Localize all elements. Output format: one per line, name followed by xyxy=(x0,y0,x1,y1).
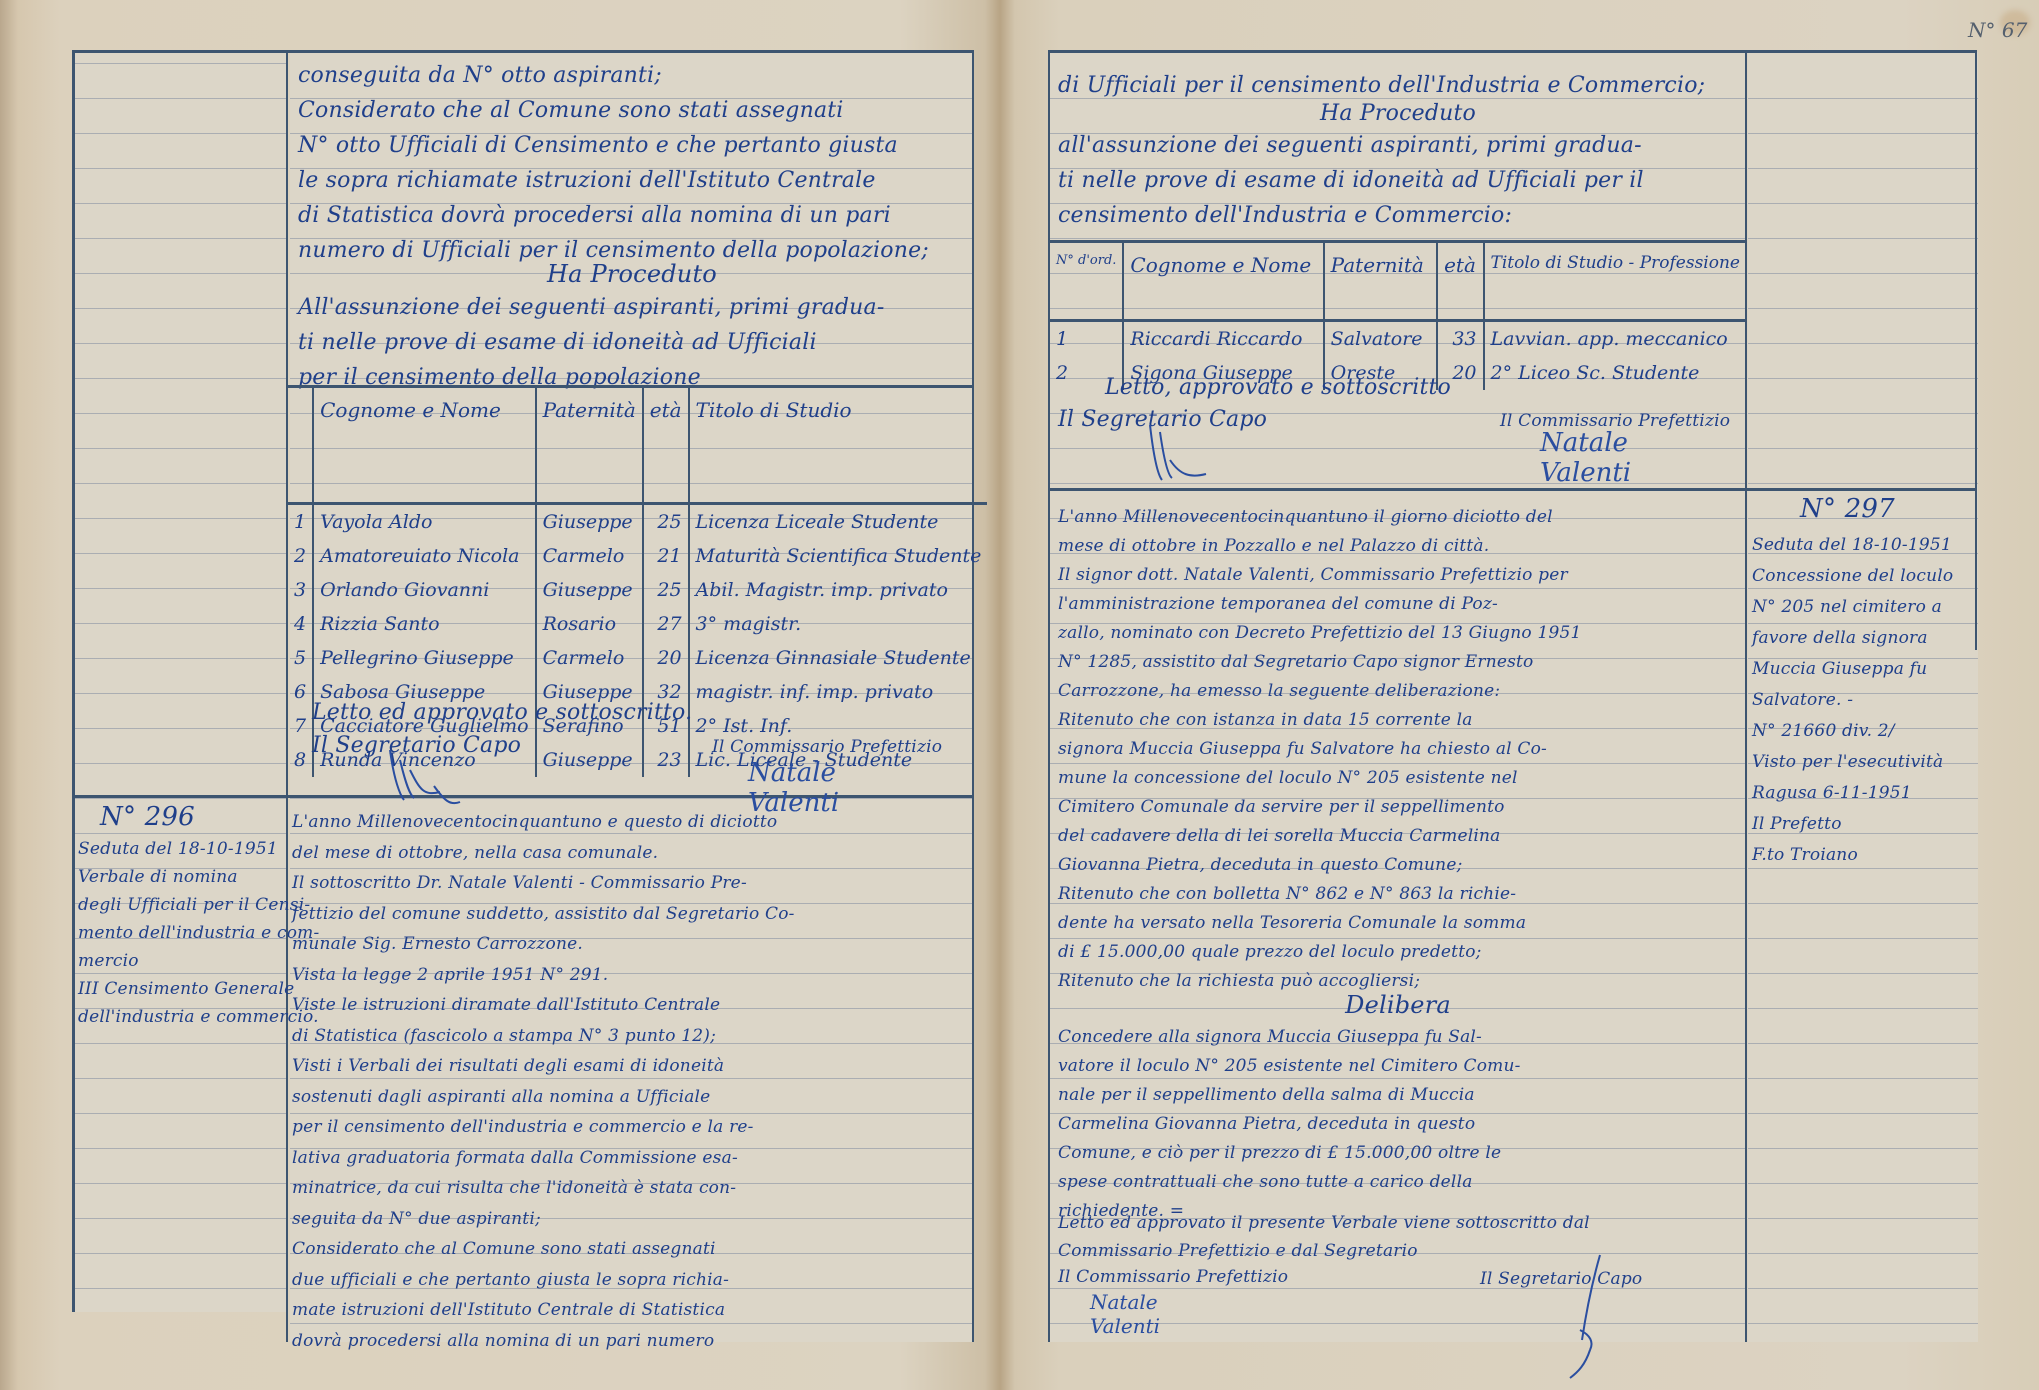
paternity-cell: Giuseppe xyxy=(536,504,643,540)
text-line: Ragusa 6-11-1951 xyxy=(1752,776,1912,811)
text-line: Salvatore. - xyxy=(1752,683,1853,718)
left-margin-column xyxy=(72,52,287,1312)
education-cell: Maturità Scientifica Studente xyxy=(689,539,988,573)
education-cell: Licenza Ginnasiale Studente xyxy=(689,641,988,675)
table-row: 3Orlando GiovanniGiuseppe25Abil. Magistr… xyxy=(288,573,987,607)
entry-number: N° 297 xyxy=(1800,492,1895,527)
signature-scribble-icon xyxy=(380,740,470,810)
text-line: N° otto Ufficiali di Censimento e che pe… xyxy=(298,128,898,163)
paternity-cell: Carmelo xyxy=(536,641,643,675)
row-number: 8 xyxy=(288,743,313,777)
row-number: 1 xyxy=(288,504,313,540)
text-line: le sopra richiamate istruzioni dell'Isti… xyxy=(298,163,876,198)
age-cell: 20 xyxy=(643,641,689,675)
text-line: ti nelle prove di esame di idoneità ad U… xyxy=(1058,163,1644,198)
age-cell: 25 xyxy=(643,573,689,607)
text-line: di Statistica dovrà procedersi alla nomi… xyxy=(298,198,891,233)
text-line: favore della signora xyxy=(1752,621,1928,656)
table-row: 1Vayola AldoGiuseppe25Licenza Liceale St… xyxy=(288,504,987,540)
page-number: N° 67 xyxy=(1968,18,2027,42)
name-cell: Vayola Aldo xyxy=(313,504,536,540)
name-cell: Riccardi Riccardo xyxy=(1123,321,1323,357)
section-heading: Ha Proceduto xyxy=(1050,96,1746,131)
top-rule xyxy=(72,50,974,53)
open-ledger-book: N° 67 conseguita da N° otto aspiranti; C… xyxy=(0,0,2039,1390)
row-number: 1 xyxy=(1050,321,1123,357)
row-number: 2 xyxy=(288,539,313,573)
row-number: 3 xyxy=(288,573,313,607)
text-line: all'assunzione dei seguenti aspiranti, p… xyxy=(1058,128,1642,163)
age-cell: 25 xyxy=(643,504,689,540)
table-header-row: N° d'ord. Cognome e Nome Paternità età T… xyxy=(1050,243,1746,321)
signature-scribble-icon xyxy=(1140,420,1220,490)
paternity-cell: Salvatore xyxy=(1324,321,1437,357)
name-cell: Amatoreuiato Nicola xyxy=(313,539,536,573)
paternity-cell: Carmelo xyxy=(536,539,643,573)
text-line: N° 21660 div. 2/ xyxy=(1752,714,1895,749)
table-row: 2Amatoreuiato NicolaCarmelo21Maturità Sc… xyxy=(288,539,987,573)
margin-right-rule xyxy=(1975,50,1977,650)
text-line: Seduta del 18-10-1951 xyxy=(1752,528,1952,563)
entry-number: N° 296 xyxy=(100,800,195,835)
name-cell: Pellegrino Giuseppe xyxy=(313,641,536,675)
text-line: Visto per l'esecutività xyxy=(1752,745,1943,780)
col-header-number: N° d'ord. xyxy=(1050,243,1123,321)
margin-summary-line: dell'industria e commercio. xyxy=(78,1000,319,1035)
col-header-name: Cognome e Nome xyxy=(1123,243,1323,321)
row-number: 6 xyxy=(288,675,313,709)
text-line: conseguita da N° otto aspiranti; xyxy=(298,58,662,93)
paternity-cell: Giuseppe xyxy=(536,743,643,777)
table-row: 1Riccardi RiccardoSalvatore33Lavvian. ap… xyxy=(1050,321,1746,357)
col-header-name: Cognome e Nome xyxy=(313,388,536,504)
text-line: N° 205 nel cimitero a xyxy=(1752,590,1942,625)
name-cell: Orlando Giovanni xyxy=(313,573,536,607)
education-cell: Lavvian. app. meccanico xyxy=(1484,321,1746,357)
name-cell: Rizzia Santo xyxy=(313,607,536,641)
col-header-age: età xyxy=(643,388,689,504)
col-header-number xyxy=(288,388,313,504)
signature-valenti: Natale Valenti xyxy=(1540,428,1631,488)
table-row: 5Pellegrino GiuseppeCarmelo20Licenza Gin… xyxy=(288,641,987,675)
col-header-paternity: Paternità xyxy=(536,388,643,504)
col-header-paternity: Paternità xyxy=(1324,243,1437,321)
table-header-row: Cognome e Nome Paternità età Titolo di S… xyxy=(288,388,987,504)
col-header-education: Titolo di Studio xyxy=(689,388,988,504)
row-number: 4 xyxy=(288,607,313,641)
paternity-cell: Rosario xyxy=(536,607,643,641)
education-cell: 2° Liceo Sc. Studente xyxy=(1484,356,1746,390)
text-line: censimento dell'Industria e Commercio: xyxy=(1058,198,1512,233)
col-header-education: Titolo di Studio - Professione xyxy=(1484,243,1746,321)
section-heading: Ha Proceduto xyxy=(290,257,974,292)
education-cell: Abil. Magistr. imp. privato xyxy=(689,573,988,607)
decision-heading: Delibera xyxy=(1050,988,1746,1023)
aspirants-table: N° d'ord. Cognome e Nome Paternità età T… xyxy=(1050,243,1746,390)
row-number: 7 xyxy=(288,709,313,743)
age-cell: 33 xyxy=(1437,321,1483,357)
signature-scribble-icon xyxy=(1560,1250,1620,1380)
signature-valenti: Natale Valenti xyxy=(1090,1290,1160,1338)
age-cell: 21 xyxy=(643,539,689,573)
age-cell: 23 xyxy=(643,743,689,777)
education-cell: Licenza Liceale Studente xyxy=(689,504,988,540)
education-cell: magistr. inf. imp. privato xyxy=(689,675,988,709)
text-line: Il Prefetto xyxy=(1752,807,1842,842)
text-line: Muccia Giuseppa fu xyxy=(1752,652,1927,687)
top-rule xyxy=(1048,50,1976,53)
text-line: All'assunzione dei seguenti aspiranti, p… xyxy=(298,290,884,325)
paternity-cell: Giuseppe xyxy=(536,573,643,607)
text-line: Concessione del loculo xyxy=(1752,559,1953,594)
row-number: 5 xyxy=(288,641,313,675)
text-line: F.to Troiano xyxy=(1752,838,1858,873)
margin-left-rule xyxy=(72,50,75,1312)
text-line: dovrà procedersi alla nomina di un pari … xyxy=(292,1324,714,1359)
age-cell: 27 xyxy=(643,607,689,641)
table-row: 4Rizzia SantoRosario273° magistr. xyxy=(288,607,987,641)
education-cell: 3° magistr. xyxy=(689,607,988,641)
closing-text: Letto ed approvato e sottoscritto. xyxy=(312,695,692,730)
col-header-age: età xyxy=(1437,243,1483,321)
text-line: ti nelle prove di esame di idoneità ad U… xyxy=(298,325,817,360)
text-line: Considerato che al Comune sono stati ass… xyxy=(298,93,844,128)
closing-text: Letto, approvato e sottoscritto xyxy=(1105,370,1451,405)
